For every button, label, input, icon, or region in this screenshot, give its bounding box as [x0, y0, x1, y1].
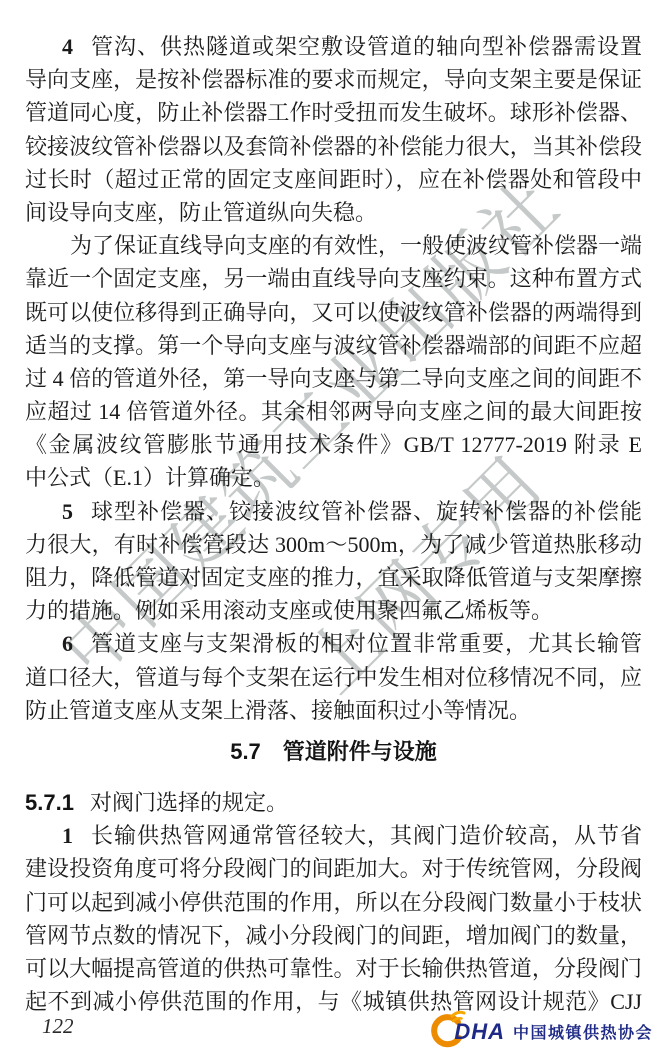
- text-line: 中公式（E.1）计算确定。: [25, 461, 642, 494]
- text-line: 阻力，降低管道对固定支座的推力，宜采取降低管道与支架摩擦: [25, 561, 642, 594]
- paragraph: 4管沟、供热隧道或架空敷设管道的轴向型补偿器需设置 导向支座，是按补偿器标准的要…: [25, 30, 642, 229]
- text-line: 间设导向支座，防止管道纵向失稳。: [25, 196, 642, 229]
- text-line: 力很大，有时补偿管段达 300m～500m，为了减少管道热胀移动: [25, 528, 642, 561]
- text-line: 为了保证直线导向支座的有效性，一般使波纹管补偿器一端: [25, 229, 642, 262]
- paragraph: 为了保证直线导向支座的有效性，一般使波纹管补偿器一端 靠近一个固定支座，另一端由…: [25, 229, 642, 495]
- text-segment: 球型补偿器、铰接波纹管补偿器、旋转补偿器的补偿能: [90, 499, 642, 524]
- text-line: 管道同心度，防止补偿器工作时受扭而发生破坏。球形补偿器、: [25, 96, 642, 129]
- text-column: 4管沟、供热隧道或架空敷设管道的轴向型补偿器需设置 导向支座，是按补偿器标准的要…: [25, 30, 642, 1018]
- text-line: 道口径大，管道与每个支架在运行中发生相对位移情况不同，应: [25, 661, 642, 694]
- text-line: 4管沟、供热隧道或架空敷设管道的轴向型补偿器需设置: [25, 30, 642, 63]
- text-line: 适当的支撑。第一个导向支座与波纹管补偿器端部的间距不应超: [25, 329, 642, 362]
- text-line: 既可以使位移得到正确导向，又可以使波纹管补偿器的两端得到: [25, 296, 642, 329]
- text-line: 过 4 倍的管道外径，第一导向支座与第二导向支座之间的间距不: [25, 362, 642, 395]
- text-line: 过长时（超过正常的固定支座间距时），应在补偿器处和管段中: [25, 163, 642, 196]
- item-number: 4: [62, 34, 73, 59]
- paragraph: 5球型补偿器、铰接波纹管补偿器、旋转补偿器的补偿能 力很大，有时补偿管段达 30…: [25, 495, 642, 628]
- dha-logo: DHA 中国城镇供热协会: [425, 1010, 653, 1053]
- paragraph: 6管道支座与支架滑板的相对位置非常重要，尤其长输管 道口径大，管道与每个支架在运…: [25, 627, 642, 727]
- text-line: 导向支座，是按补偿器标准的要求而规定，导向支架主要是保证: [25, 63, 642, 96]
- logo-acronym: DHA: [454, 1019, 505, 1045]
- item-number: 6: [62, 631, 73, 656]
- clause-number: 5.7.1: [25, 790, 74, 815]
- document-page: 中国建筑工业出版社 上网专用 4管沟、供热隧道或架空敷设管道的轴向型补偿器需设置…: [0, 0, 667, 1058]
- text-line: 《金属波纹管膨胀节通用技术条件》GB/T 12777-2019 附录 E: [25, 428, 642, 461]
- item-number: 5: [62, 499, 73, 524]
- item-number: 1: [62, 823, 73, 848]
- clause-title: 对阀门选择的规定。: [90, 790, 288, 815]
- text-line: 靠近一个固定支座，另一端由直线导向支座约束。这种布置方式: [25, 262, 642, 295]
- clause-heading: 5.7.1对阀门选择的规定。: [25, 786, 642, 819]
- logo-association-name: 中国城镇供热协会: [513, 1020, 653, 1043]
- text-line: 可以大幅提高管道的供热可靠性。对于长输供热管道，分段阀门: [25, 952, 642, 985]
- text-line: 1长输供热管网通常管径较大，其阀门造价较高，从节省: [25, 819, 642, 852]
- text-line: 5球型补偿器、铰接波纹管补偿器、旋转补偿器的补偿能: [25, 495, 642, 528]
- text-line: 防止管道支座从支架上滑落、接触面积过小等情况。: [25, 694, 642, 727]
- text-line: 门可以起到减小停供范围的作用，所以在分段阀门数量小于枝状: [25, 886, 642, 919]
- text-segment: 长输供热管网通常管径较大，其阀门造价较高，从节省: [90, 823, 642, 848]
- paragraph: 1长输供热管网通常管径较大，其阀门造价较高，从节省 建设投资角度可将分段阀门的间…: [25, 819, 642, 1018]
- text-line: 铰接波纹管补偿器以及套筒补偿器的补偿能力很大，当其补偿段: [25, 130, 642, 163]
- text-line: 建设投资角度可将分段阀门的间距加大。对于传统管网，分段阀: [25, 852, 642, 885]
- page-number: 122: [42, 1014, 74, 1039]
- section-heading: 5.7 管道附件与设施: [25, 735, 642, 769]
- text-segment: 管道支座与支架滑板的相对位置非常重要，尤其长输管: [90, 631, 642, 656]
- text-line: 力的措施。例如采用滚动支座或使用聚四氟乙烯板等。: [25, 594, 642, 627]
- text-line: 应超过 14 倍管道外径。其余相邻两导向支座之间的最大间距按: [25, 395, 642, 428]
- text-line: 6管道支座与支架滑板的相对位置非常重要，尤其长输管: [25, 627, 642, 660]
- text-segment: 管沟、供热隧道或架空敷设管道的轴向型补偿器需设置: [90, 34, 642, 59]
- text-line: 管网节点数的情况下，减小分段阀门的间距，增加阀门的数量，: [25, 919, 642, 952]
